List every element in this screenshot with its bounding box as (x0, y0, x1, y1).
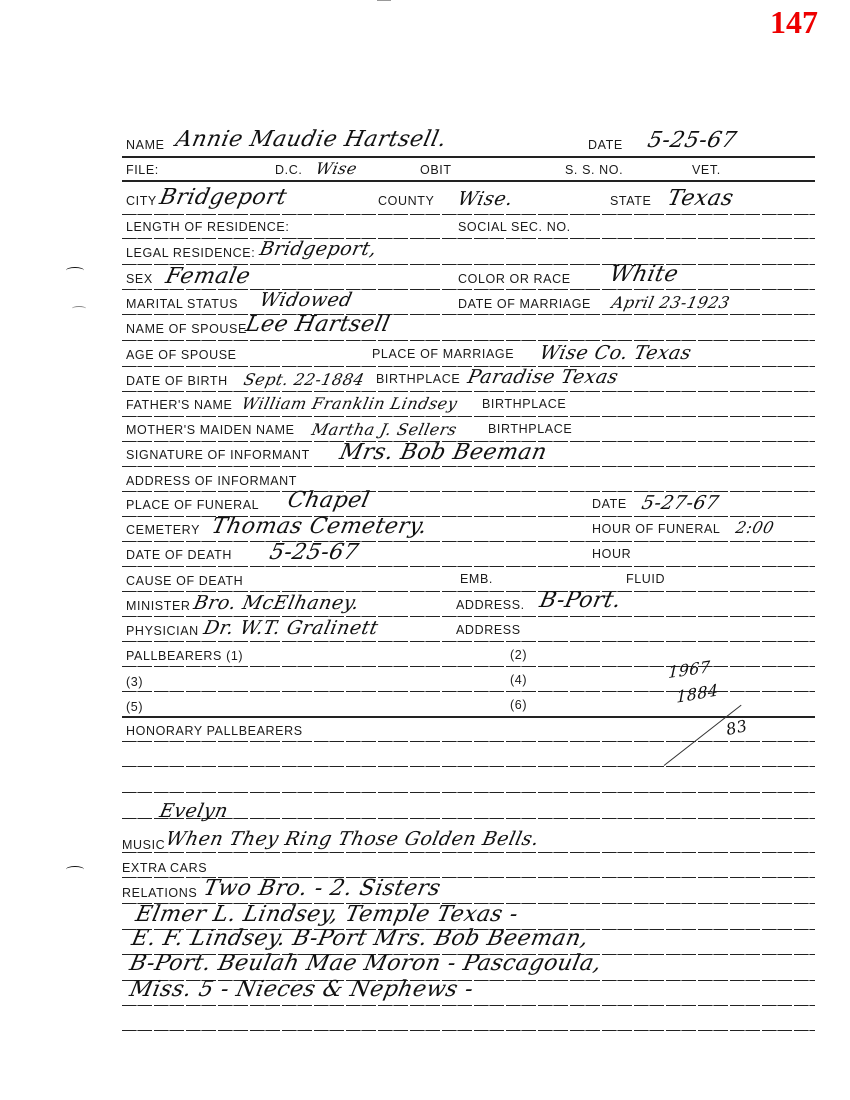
label-social-sec: Social Sec. No. (458, 220, 571, 234)
label-pallbearers-4: (4) (510, 673, 527, 687)
label-physician-address: Address (456, 623, 521, 637)
label-ssno: S. S. No. (565, 163, 623, 177)
relations-line: Elmer L. Lindsey, Temple Texas - (133, 902, 520, 927)
form-line (122, 792, 815, 793)
form-line (122, 289, 815, 290)
value-minister: Bro. McElhaney. (192, 592, 362, 614)
form-line (122, 466, 815, 467)
label-county: County (378, 194, 434, 208)
label-age-of-spouse: Age of Spouse (126, 348, 237, 362)
label-relations: Relations (122, 886, 197, 900)
value-birthplace: Paradise Texas (466, 366, 621, 388)
label-signature-of-informant: Signature of Informant (126, 448, 310, 462)
value-spouse: Lee Hartsell (243, 312, 392, 337)
label-color-or-race: Color or Race (458, 272, 571, 286)
value-race: White (607, 262, 681, 287)
form-line (122, 340, 815, 341)
form-line (122, 1005, 815, 1006)
value-legal-residence: Bridgeport, (258, 238, 379, 260)
label-emb: Emb. (460, 572, 493, 586)
margin-mark (66, 267, 84, 274)
form-line (122, 852, 815, 853)
margin-mark (72, 306, 86, 311)
label-cemetery: Cemetery (126, 523, 200, 537)
label-place-of-funeral: Place of Funeral (126, 498, 259, 512)
label-extra-cars: Extra Cars (122, 861, 207, 875)
value-mother: Martha J. Sellers (310, 420, 459, 439)
margin-calc-line1: 1967 (668, 657, 711, 682)
form-line (122, 214, 815, 215)
value-dc: Wise (314, 159, 359, 178)
value-physician: Dr. W.T. Gralinett (202, 617, 381, 639)
form-line (122, 641, 815, 642)
label-address-of-informant: Address of Informant (126, 474, 297, 488)
label-place-of-marriage: Place of Marriage (372, 347, 514, 361)
label-sex: Sex (126, 272, 153, 286)
form-line (122, 180, 815, 182)
form-line (122, 716, 815, 718)
label-minister: Minister (126, 599, 191, 613)
label-file: File: (126, 163, 159, 177)
value-place-of-funeral: Chapel (285, 488, 372, 513)
form-line (122, 541, 815, 542)
label-pallbearers-6: (6) (510, 698, 527, 712)
label-mothers-maiden-name: Mother's Maiden Name (126, 423, 295, 437)
form-line (122, 1030, 815, 1031)
relations-line: E. F. Lindsey. B-Port Mrs. Bob Beeman, (129, 926, 591, 951)
label-hour: Hour (592, 547, 631, 561)
page-number: 147 (770, 4, 818, 41)
value-city: Bridgeport (157, 185, 289, 210)
value-place-of-marriage: Wise Co. Texas (538, 342, 694, 364)
label-state: State (610, 194, 651, 208)
label-honorary-pallbearers: Honorary Pallbearers (126, 724, 303, 738)
form-line (122, 391, 815, 392)
label-father-birthplace: Birthplace (482, 397, 566, 411)
value-date: 5-25-67 (645, 128, 739, 153)
value-name: Annie Maudie Hartsell. (173, 127, 449, 152)
label-funeral-date: Date (592, 497, 627, 511)
form-line (122, 766, 815, 767)
scan-artifact (377, 0, 391, 1)
label-music: Music (122, 838, 165, 852)
label-pallbearers-1: Pallbearers (1) (126, 649, 243, 663)
label-birthplace: Birthplace (376, 372, 460, 386)
label-cause-of-death: Cause of Death (126, 574, 243, 588)
label-length-of-residence: Length of Residence: (126, 220, 289, 234)
form-line (122, 366, 815, 367)
label-date-of-marriage: Date of Marriage (458, 297, 591, 311)
value-cemetery: Thomas Cemetery. (209, 514, 429, 539)
label-hour-of-funeral: Hour of Funeral (592, 522, 720, 536)
margin-calc-line3: 83 (724, 716, 749, 739)
label-marital-status: Marital Status (126, 297, 238, 311)
margin-calc-line2: 1884 (676, 680, 718, 707)
label-date-of-death: Date of Death (126, 548, 232, 562)
relations-line: B-Port. Beulah Mae Moron - Pascagoula, (127, 951, 604, 976)
label-dc: D.C. (275, 163, 302, 177)
value-sex: Female (163, 264, 252, 289)
value-county: Wise. (456, 188, 515, 210)
value-state: Texas (665, 186, 736, 211)
form-line (122, 156, 815, 158)
value-father: William Franklin Lindsey (240, 394, 459, 413)
label-pallbearers-3: (3) (126, 675, 143, 689)
label-city: City (126, 194, 157, 208)
relations-line: Two Bro. - 2. Sisters (201, 876, 443, 901)
label-physician: Physician (126, 624, 199, 638)
form-line (122, 566, 815, 567)
form-line (122, 741, 815, 742)
label-name: Name (126, 138, 165, 152)
value-date-of-death: 5-25-67 (267, 540, 361, 565)
label-pallbearers-2: (2) (510, 648, 527, 662)
value-hour-of-funeral: 2:00 (734, 518, 776, 537)
value-dob: Sept. 22-1884 (242, 370, 366, 389)
label-obit: Obit (420, 163, 452, 177)
label-pallbearers-5: (5) (126, 700, 143, 714)
label-fluid: Fluid (626, 572, 665, 586)
label-date: Date (588, 138, 623, 152)
form-line (122, 238, 815, 239)
label-minister-address: Address. (456, 598, 525, 612)
label-vet: Vet. (692, 163, 721, 177)
value-marital-status: Widowed (258, 289, 355, 311)
label-legal-residence: Legal Residence: (126, 246, 255, 260)
value-funeral-date: 5-27-67 (640, 492, 721, 514)
form-line (122, 314, 815, 315)
value-date-of-marriage: April 23-1923 (610, 293, 732, 312)
label-mother-birthplace: Birthplace (488, 422, 572, 436)
value-music: When They Ring Those Golden Bells. (164, 828, 542, 850)
margin-mark (66, 866, 84, 873)
label-date-of-birth: Date of Birth (126, 374, 228, 388)
form-line (122, 666, 815, 667)
value-music-note: Evelyn (158, 800, 231, 822)
relations-line: Miss. 5 - Nieces & Nephews - (127, 977, 475, 1002)
label-fathers-name: Father's Name (126, 398, 233, 412)
value-informant: Mrs. Bob Beeman (337, 440, 549, 465)
form-line (122, 416, 815, 417)
label-name-of-spouse: Name of Spouse (126, 322, 247, 336)
value-minister-address: B-Port. (537, 588, 623, 613)
